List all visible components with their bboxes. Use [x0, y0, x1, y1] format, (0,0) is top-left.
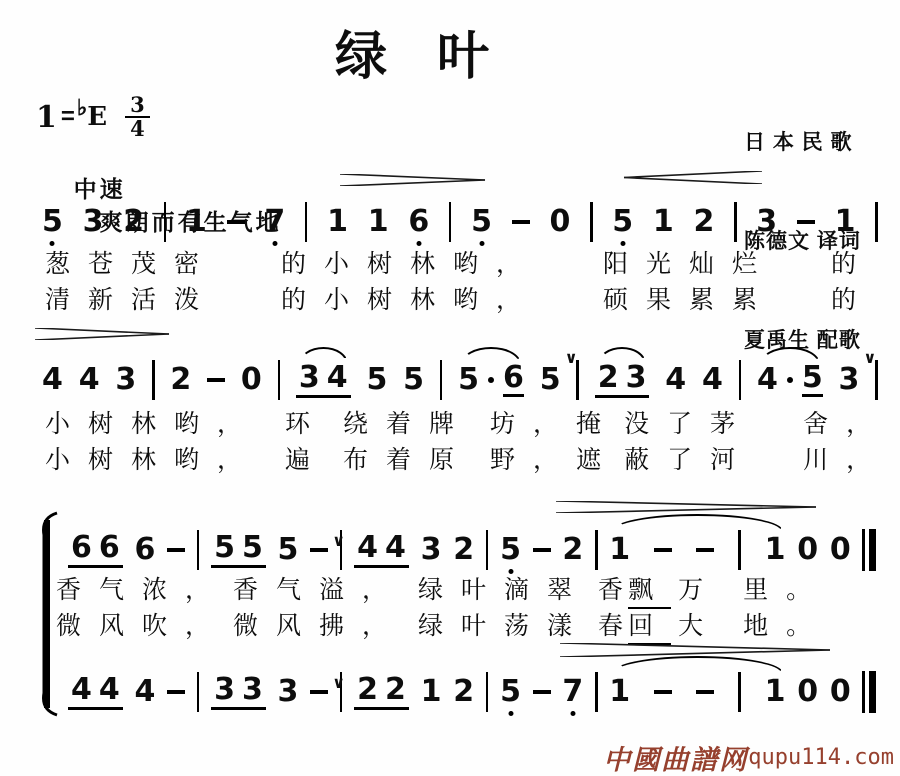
song-title: 绿 叶 [0, 14, 840, 89]
note: 3∨ [839, 365, 860, 395]
key-signature: 1 = ♭ E 3 4 [36, 94, 150, 140]
note-digit: 5 [500, 535, 521, 565]
note: 5∨ [540, 365, 561, 395]
note: 4 [702, 365, 723, 395]
lyric-segment: 香气溢， [233, 570, 405, 606]
tie-group: 11 [609, 672, 785, 712]
dash-glyph [797, 220, 815, 225]
note-digit: 4 [385, 533, 406, 563]
lyric-segment: 的小树林哟， [281, 280, 539, 316]
note-digit: 3 [756, 207, 777, 237]
note: 5 [458, 365, 479, 395]
sustain-dash [533, 548, 551, 553]
sustain-dash [654, 548, 672, 553]
lyrics-line-1-verse-1: 葱苍茂密的小树林哟，阳光灿烂的 [45, 244, 874, 280]
dash-glyph [227, 220, 245, 225]
decrescendo-hairpin-icon [35, 328, 171, 340]
note: 1 [368, 207, 389, 237]
augmentation-dot [787, 377, 793, 383]
note: 4 [757, 365, 778, 395]
decrescendo-hairpin-icon [560, 643, 832, 657]
lyric-segment: 布着原 [343, 440, 472, 476]
note-digit: 1 [186, 207, 207, 237]
note-digit: 3 [115, 365, 136, 395]
sustain-dash: ∨ [310, 690, 328, 695]
note-digit: 4 [42, 365, 63, 395]
lyric-segment: 飘 [628, 570, 671, 609]
dash-glyph [167, 690, 185, 695]
lyric-segment: 清新活泼 [45, 280, 217, 316]
lyric-segment: 野，遮 [490, 440, 619, 476]
lyric-segment: 香气浓， [56, 570, 228, 606]
note: 1 [327, 207, 348, 237]
barline [197, 672, 200, 712]
rest-note: 0 [549, 207, 570, 237]
note: 1 [421, 677, 442, 707]
lyric-segment: 坊，掩 [490, 404, 619, 440]
sustain-dash [696, 548, 714, 553]
note-digit: 1 [765, 677, 786, 707]
beamed-group: 66 [68, 533, 123, 568]
note: 2 [693, 207, 714, 237]
note-line-3-upper-voice: 666555∨4432521100 [68, 526, 876, 574]
decrescendo-hairpin-icon [556, 501, 818, 513]
watermark-site-url: qupu114.com [748, 745, 894, 770]
note-digit: 2 [357, 675, 378, 705]
sustain-dash [167, 548, 185, 553]
note-digit: 4 [71, 675, 92, 705]
note: 6 [408, 207, 429, 237]
lyric-segment: 地。 [743, 606, 829, 642]
note-digit: 2 [170, 365, 191, 395]
note-digit: 2 [385, 675, 406, 705]
note-digit: 5 [403, 365, 424, 395]
barline [486, 530, 489, 570]
barline [595, 530, 598, 570]
dash-glyph [696, 690, 714, 695]
note-digit: 5 [366, 365, 387, 395]
note: 2 [123, 207, 144, 237]
dash-glyph [654, 548, 672, 553]
note: 6 [134, 535, 155, 565]
barline [486, 672, 489, 712]
note: 1 [609, 535, 630, 565]
lyric-segment: 环 [285, 404, 328, 440]
note-digit: 2 [598, 363, 619, 393]
barline [440, 360, 443, 400]
dash-glyph [696, 548, 714, 553]
note-digit: 2 [693, 207, 714, 237]
lyric-segment: 微风拂， [233, 606, 405, 642]
note-digit: 4 [357, 533, 378, 563]
note: 5 [366, 365, 387, 395]
final-barline-thick [869, 529, 876, 571]
note: 5 [278, 535, 299, 565]
note-digit: 3 [839, 365, 860, 395]
note: 7 [264, 207, 285, 237]
barline [590, 202, 593, 242]
barline [449, 202, 452, 242]
lyric-segment: 微风吹， [56, 606, 228, 642]
note-line-2: 443203455565∨2344453∨ [42, 356, 878, 404]
note-line-4-lower-voice: 444333∨2212571100 [68, 668, 876, 716]
tie-group: 11 [609, 530, 785, 570]
note-digit: 3 [214, 675, 235, 705]
note-digit: 7 [264, 207, 285, 237]
note: 1 [765, 677, 786, 707]
dash-glyph [512, 220, 530, 225]
lyric-segment: 的小树林哟， [281, 244, 539, 280]
note-digit: 4 [99, 675, 120, 705]
note: 4 [134, 677, 155, 707]
note-digit: 1 [765, 535, 786, 565]
key-letter: E [87, 102, 107, 132]
breath-mark-icon: ∨ [332, 531, 345, 550]
barline [595, 672, 598, 712]
lyric-segment: 绿叶荡漾 [418, 606, 590, 642]
note-digit: 6 [503, 363, 524, 397]
rest-note: 0 [797, 535, 818, 565]
note: 5 [471, 207, 492, 237]
beamed-group: 44 [68, 675, 123, 710]
note: 6 [71, 533, 92, 563]
breath-mark-icon: ∨ [332, 673, 345, 692]
lyric-segment: 大 [678, 606, 721, 642]
lyric-segment: 小树林哟， [45, 440, 260, 476]
note-digit: 0 [797, 535, 818, 565]
note: 2 [170, 365, 191, 395]
lyric-segment: 阳光灿烂 [603, 244, 775, 280]
lyric-segment: 小树林哟， [45, 404, 260, 440]
note-digit: 0 [830, 535, 851, 565]
note: 3 [83, 207, 104, 237]
time-denominator: 4 [125, 116, 150, 140]
note: 4 [665, 365, 686, 395]
note-digit: 1 [609, 535, 630, 565]
dash-glyph [654, 690, 672, 695]
rest-note: 0 [830, 677, 851, 707]
final-barline [862, 529, 876, 571]
note-digit: 0 [549, 207, 570, 237]
barline [278, 360, 281, 400]
lyric-segment: 没了茅 [624, 404, 753, 440]
note: 5 [500, 677, 521, 707]
sustain-dash [533, 690, 551, 695]
sustain-dash [797, 220, 815, 225]
note: 4 [99, 675, 120, 705]
lyric-segment: 葱苍茂密 [45, 244, 217, 280]
note: 2 [562, 535, 583, 565]
note-digit: 3 [242, 675, 263, 705]
note: 5 [42, 207, 63, 237]
note: 2 [357, 675, 378, 705]
time-numerator: 3 [125, 94, 150, 116]
low-octave-dot [570, 711, 575, 716]
note-digit: 0 [797, 677, 818, 707]
note-digit: 0 [830, 677, 851, 707]
note-digit: 2 [562, 535, 583, 565]
note: 1 [765, 535, 786, 565]
note: 3 [242, 675, 263, 705]
note-digit: 1 [653, 207, 674, 237]
note-digit: 6 [408, 207, 429, 237]
barline [152, 360, 155, 400]
note: 4 [71, 675, 92, 705]
lyrics-line-2-verse-2: 小树林哟，遍布着原野，遮蔽了河川， [45, 440, 889, 476]
barline [164, 202, 167, 242]
beamed-group: 33 [211, 675, 266, 710]
note-digit: 6 [134, 535, 155, 565]
sustain-dash [167, 690, 185, 695]
lyrics-line-3-verse-1: 香气浓，香气溢，绿叶滴翠香飘万里。 [56, 570, 829, 609]
beamed-group: 55 [211, 533, 266, 568]
barline [739, 360, 742, 400]
note: 4 [327, 363, 348, 393]
flat-icon: ♭ [77, 95, 87, 121]
rest-note: 0 [241, 365, 262, 395]
note: 3 [214, 675, 235, 705]
barline [197, 530, 200, 570]
note: 7 [562, 677, 583, 707]
final-barline-thin [862, 529, 865, 571]
lyrics-line-3-verse-2: 微风吹，微风拂，绿叶荡漾春回大地。 [56, 606, 829, 645]
note-digit: 6 [71, 533, 92, 563]
note-digit: 4 [134, 677, 155, 707]
note: 6 [503, 363, 524, 397]
note-digit: 5 [458, 365, 479, 395]
barline [875, 202, 878, 242]
decrescendo-hairpin-icon [340, 174, 487, 186]
note-digit: 5 [802, 363, 823, 397]
lyric-segment: 绕着牌 [343, 404, 472, 440]
barline [738, 530, 741, 570]
beamed-group: 44 [354, 533, 409, 568]
time-signature: 3 4 [125, 94, 150, 140]
note-digit: 4 [702, 365, 723, 395]
note-digit: 1 [835, 207, 856, 237]
sustain-dash: ∨ [310, 548, 328, 553]
note: 1 [609, 677, 630, 707]
note: 5 [242, 533, 263, 563]
lyric-segment: 硕果累累 [603, 280, 775, 316]
note-digit: 3 [421, 535, 442, 565]
note: 4 [357, 533, 378, 563]
dash-glyph [533, 690, 551, 695]
slur-group: 56 [458, 363, 524, 397]
note: 5 [403, 365, 424, 395]
note: 5 [802, 363, 823, 397]
rest-note: 0 [797, 677, 818, 707]
beamed-slur-group: 34 [296, 363, 351, 398]
note-digit: 5 [242, 533, 263, 563]
note-digit: 2 [123, 207, 144, 237]
lyric-segment: 回 [628, 606, 671, 645]
note-digit: 1 [327, 207, 348, 237]
note: 3 [115, 365, 136, 395]
lyric-segment: 绿叶滴翠 [418, 570, 590, 606]
note-digit: 5 [540, 365, 561, 395]
note-digit: 3 [278, 677, 299, 707]
note: 1 [835, 207, 856, 237]
note: 5 [500, 535, 521, 565]
note-digit: 4 [79, 365, 100, 395]
note-digit: 5 [471, 207, 492, 237]
lyric-segment: 里。 [743, 570, 829, 606]
note: 6 [99, 533, 120, 563]
note-digit: 6 [99, 533, 120, 563]
equals-sign: = [61, 103, 75, 131]
lyric-segment: 蔽了河 [624, 440, 753, 476]
note-digit: 5 [278, 535, 299, 565]
note-digit: 0 [241, 365, 262, 395]
sheet-music-page: 绿 叶 日 本 民 歌 陈德文 译词 夏禹生 配歌 1 = ♭ E 3 4 中速… [0, 0, 900, 776]
note-digit: 4 [327, 363, 348, 393]
note: 3 [626, 363, 647, 393]
note-digit: 5 [42, 207, 63, 237]
note-digit: 2 [453, 535, 474, 565]
note-digit: 4 [757, 365, 778, 395]
lyrics-line-1-verse-2: 清新活泼的小树林哟，硕果累累的 [45, 280, 874, 316]
lyrics-line-2-verse-1: 小树林哟，环绕着牌坊，掩没了茅舍， [45, 404, 889, 440]
barline [738, 672, 741, 712]
note: 4 [42, 365, 63, 395]
note-digit: 7 [562, 677, 583, 707]
note-digit: 4 [665, 365, 686, 395]
note-digit: 3 [299, 363, 320, 393]
note-line-1: 532171165051231 [42, 198, 878, 246]
low-octave-dot [508, 711, 513, 716]
note: 2 [453, 535, 474, 565]
sustain-dash [512, 220, 530, 225]
note-digit: 2 [453, 677, 474, 707]
note: 3 [278, 677, 299, 707]
final-barline-thin [862, 671, 865, 713]
dash-glyph [167, 548, 185, 553]
watermark: 中國曲譜网 qupu114.com [603, 738, 894, 776]
note: 1 [186, 207, 207, 237]
crescendo-hairpin-icon [622, 171, 762, 184]
note: 3 [299, 363, 320, 393]
lyric-segment: 遍 [285, 440, 328, 476]
note: 5 [612, 207, 633, 237]
note: 2 [453, 677, 474, 707]
lyric-segment: 的 [831, 280, 874, 316]
key-tonic: 1 [36, 100, 57, 135]
breath-mark-icon: ∨ [565, 348, 578, 367]
note: 1 [653, 207, 674, 237]
note: 5 [214, 533, 235, 563]
sustain-dash [696, 690, 714, 695]
watermark-site-name: 中國曲譜网 [603, 738, 748, 776]
sustain-dash [207, 378, 225, 383]
beamed-group: 22 [354, 675, 409, 710]
note-digit: 3 [83, 207, 104, 237]
note-digit: 1 [421, 677, 442, 707]
augmentation-dot [488, 377, 494, 383]
sustain-dash [654, 690, 672, 695]
note-digit: 1 [368, 207, 389, 237]
credit-origin: 日 本 民 歌 [744, 126, 861, 159]
note-digit: 1 [609, 677, 630, 707]
dash-glyph [207, 378, 225, 383]
note: 3 [421, 535, 442, 565]
note: 4 [79, 365, 100, 395]
note-digit: 5 [612, 207, 633, 237]
barline [305, 202, 308, 242]
note-digit: 5 [500, 677, 521, 707]
note-digit: 3 [626, 363, 647, 393]
note-digit: 5 [214, 533, 235, 563]
final-barline [862, 671, 876, 713]
dash-glyph [310, 690, 328, 695]
final-barline-thick [869, 671, 876, 713]
note: 2 [598, 363, 619, 393]
lyric-segment: 的 [831, 244, 874, 280]
note: 2 [385, 675, 406, 705]
barline [734, 202, 737, 242]
note: 4 [385, 533, 406, 563]
slur-group: 45 [757, 363, 823, 397]
beamed-slur-group: 23 [595, 363, 650, 398]
lyric-segment: 川， [803, 440, 889, 476]
dash-glyph [533, 548, 551, 553]
note: 3 [756, 207, 777, 237]
dash-glyph [310, 548, 328, 553]
lyric-segment: 舍， [803, 404, 889, 440]
breath-mark-icon: ∨ [863, 348, 876, 367]
sustain-dash [227, 220, 245, 225]
lyric-segment: 万 [678, 570, 721, 606]
rest-note: 0 [830, 535, 851, 565]
